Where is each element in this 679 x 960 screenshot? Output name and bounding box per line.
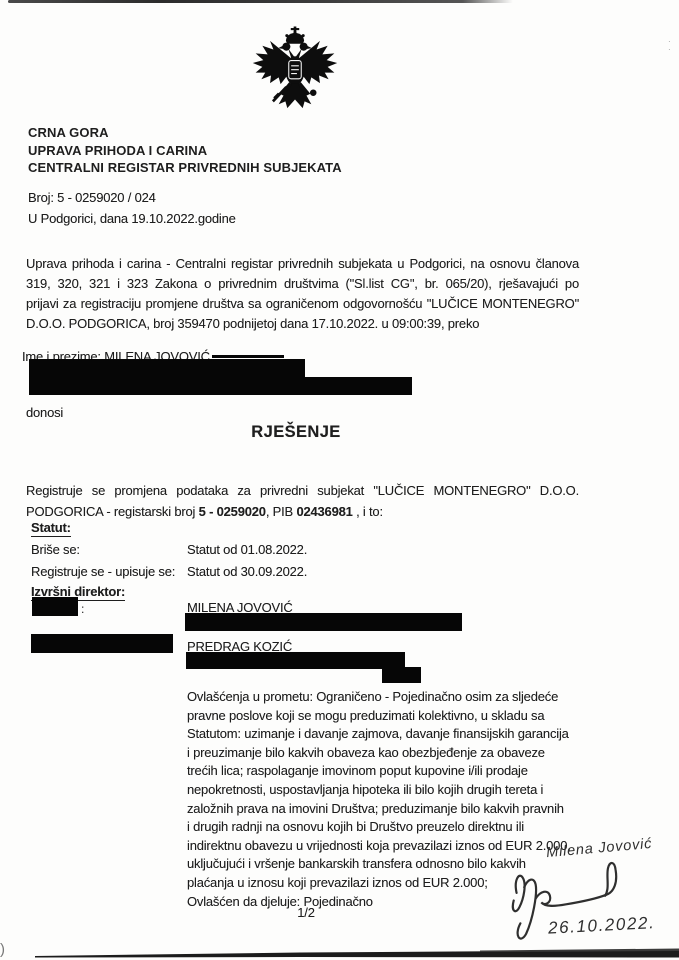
intro-paragraph: Uprava prihoda i carina - Centralni regi…: [26, 254, 579, 334]
intro-line: Uprava prihoda i carina - Centralni regi…: [26, 254, 579, 274]
redaction-connector-line: [212, 355, 284, 358]
intro-line: 319, 320, 321 i 323 Zakona o privrednim …: [26, 274, 579, 294]
place-date-line: U Podgorici, dana 19.10.2022.godine: [28, 209, 236, 230]
redaction-block-submitter-upper: [29, 359, 305, 378]
intro-line: prijavi za registraciju promjene društva…: [26, 294, 579, 314]
issuer-header: CRNA GORA UPRAVA PRIHODA I CARINA CENTRA…: [28, 124, 342, 177]
issuer-country: CRNA GORA: [28, 124, 342, 142]
scan-artifact-right-speck: ··: [668, 38, 672, 54]
case-number-line: Broj: 5 - 0259020 / 024: [28, 188, 236, 209]
statut-row-label: Registruje se - upisuje se:: [31, 562, 187, 582]
scan-artifact-bottom-line: [0, 948, 679, 960]
registration-line-1: Registruje se promjena podataka za privr…: [26, 481, 579, 501]
intro-line: D.O.O. PODGORICA, broj 359470 podnijetoj…: [26, 314, 579, 334]
registration-line2-mid: , PIB: [266, 504, 297, 519]
case-reference: Broj: 5 - 0259020 / 024 U Podgorici, dan…: [28, 188, 236, 229]
registration-number: 5 - 0259020: [199, 504, 266, 519]
donosi-line: donosi: [26, 403, 63, 423]
scanned-document-page: ·· CRNA GORA U: [0, 0, 679, 960]
registration-line2-pre: PODGORICA - registarski broj: [26, 504, 199, 519]
issuer-registry: CENTRALNI REGISTAR PRIVREDNIH SUBJEKATA: [28, 159, 342, 177]
statut-row-label: Briše se:: [31, 540, 187, 560]
redaction-block-director2-left: [31, 634, 173, 653]
statut-row-value: Statut od 30.09.2022.: [187, 564, 307, 579]
statut-row-registruje: Registruje se - upisuje se:Statut od 30.…: [31, 562, 307, 582]
redaction-colon-remnant: :: [81, 599, 84, 619]
redaction-block-director1-left: [32, 597, 78, 616]
registration-line-2: PODGORICA - registarski broj 5 - 0259020…: [26, 502, 579, 522]
redaction-block-director2-detail-upper: [186, 652, 405, 669]
montenegro-coat-of-arms-icon: [247, 26, 343, 123]
statut-row-brise: Briše se:Statut od 01.08.2022.: [31, 540, 307, 560]
pib-number: 02436981: [296, 504, 352, 519]
decision-title: RJEŠENJE: [26, 423, 566, 442]
registration-line2-post: , i to:: [353, 504, 383, 519]
redaction-block-director2-detail-lower: [382, 667, 421, 683]
issuer-agency: UPRAVA PRIHODA I CARINA: [28, 142, 342, 160]
statut-row-value: Statut od 01.08.2022.: [187, 542, 307, 557]
scan-artifact-top-line: [8, 0, 513, 3]
redaction-block-director1-detail: [185, 613, 462, 631]
redaction-block-submitter-lower: [29, 377, 412, 395]
statut-section-heading: Statut:: [31, 520, 71, 537]
